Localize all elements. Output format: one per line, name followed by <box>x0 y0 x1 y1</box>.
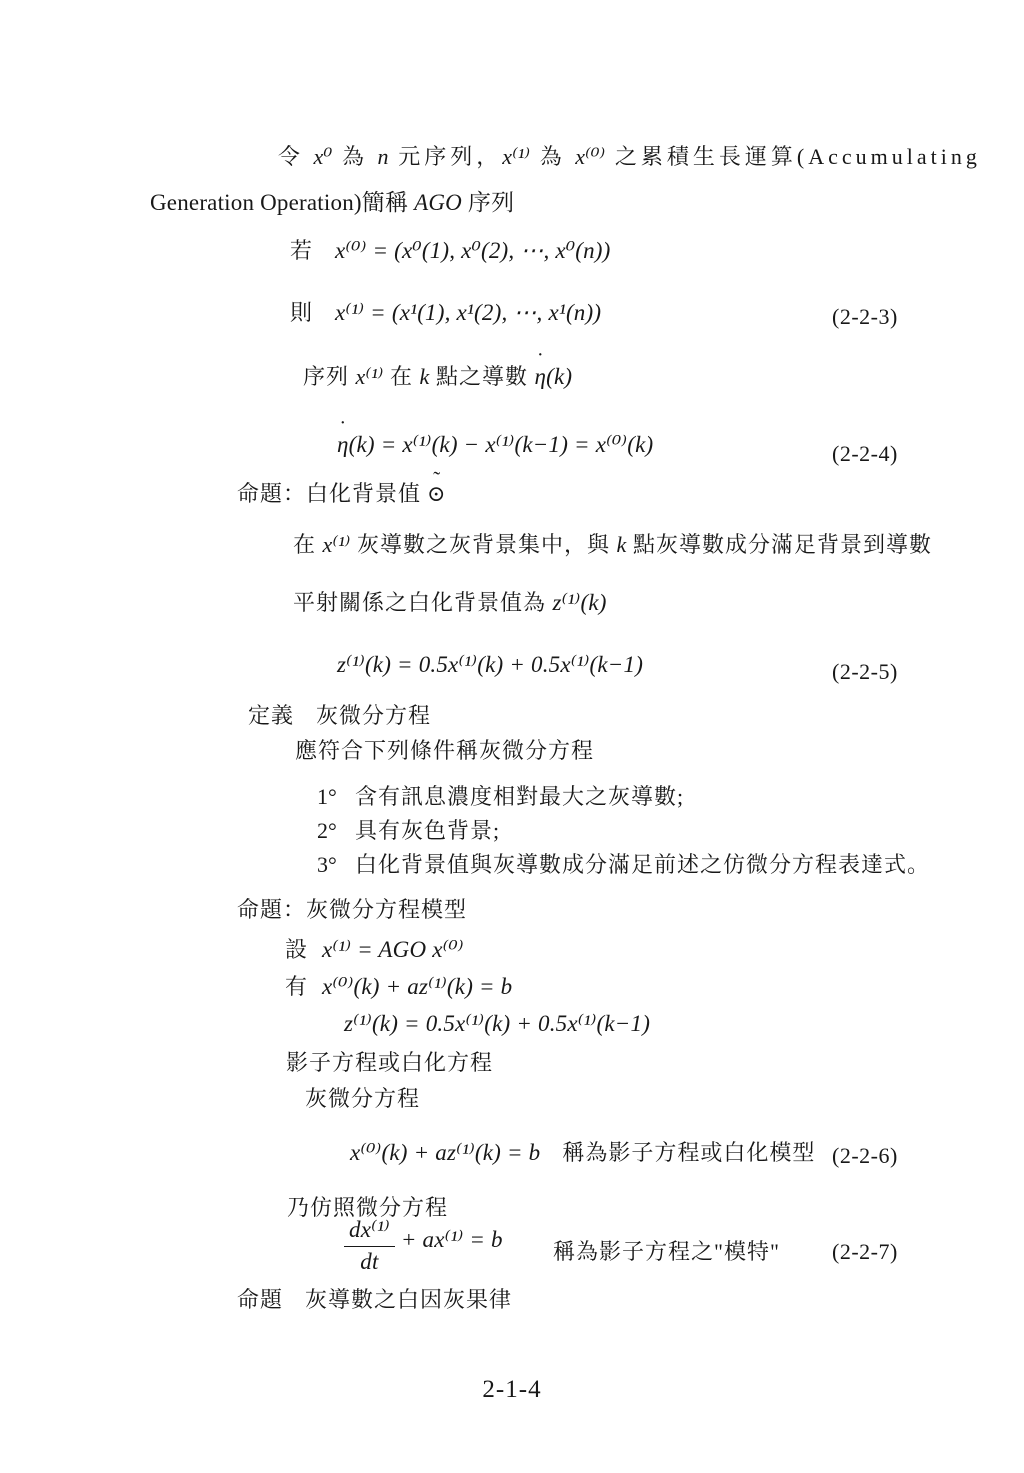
item-text: 白化背景值與灰導數成分滿足前述之仿微分方程表達式。 <box>355 852 930 877</box>
math-x1: x⁽¹⁾ <box>323 532 351 557</box>
equation-number-2-2-3: (2-2-3) <box>832 303 898 331</box>
definition-title: 灰微分方程 <box>316 703 431 728</box>
background-set-line: 在 x⁽¹⁾ 灰導數之灰背景集中，與 k 點灰導數成分滿足背景到導數 <box>293 531 932 559</box>
eta-with-overdot: ˙η <box>534 363 546 392</box>
formula-eta-k: (k) = x⁽¹⁾(k) − x⁽¹⁾(k−1) = x⁽⁰⁾(k) <box>349 432 654 457</box>
fraction-denominator: dt <box>344 1247 395 1277</box>
equation-grey-derivative: ˙η(k) = x⁽¹⁾(k) − x⁽¹⁾(k−1) = x⁽⁰⁾(k) <box>337 431 653 460</box>
label-proposition: 命題： <box>237 897 306 922</box>
text-run: 序列 <box>303 364 356 389</box>
formula-x1-sequence: x⁽¹⁾ = (x¹(1), x¹(2), ⋯, x¹(n)) <box>335 300 601 325</box>
formula-ago: x⁽¹⁾ = AGO x⁽⁰⁾ <box>322 937 464 962</box>
definition-condition-intro: 應符合下列條件稱灰微分方程 <box>295 737 594 765</box>
eta-with-overdot: ˙η <box>337 431 349 460</box>
equation-shadow-model: x⁽⁰⁾(k) + az⁽¹⁾(k) = b稱為影子方程或白化模型 <box>350 1139 815 1168</box>
text-run: 點之導數 <box>429 364 534 389</box>
text-run: 平射關係之白化背景值為 <box>293 590 553 615</box>
text-run: 為 <box>333 144 378 169</box>
math-k: k <box>617 532 627 557</box>
math-n: n <box>378 144 389 169</box>
formula-grey-model: x⁽⁰⁾(k) + az⁽¹⁾(k) = b <box>322 974 512 999</box>
proposition-title: 灰導數之白因灰果律 <box>305 1287 512 1312</box>
formula-z1: z⁽¹⁾(k) = 0.5x⁽¹⁾(k) + 0.5x⁽¹⁾(k−1) <box>337 652 643 677</box>
circled-dot-symbol-with-tilde: ˜⊙ <box>427 480 446 508</box>
math-x0-paren: x⁽⁰⁾ <box>575 144 605 169</box>
text-run: 令 <box>278 144 314 169</box>
math-z1-k: z⁽¹⁾(k) <box>553 590 607 615</box>
math-of-k: (k) <box>546 364 572 389</box>
label-let: 設 <box>285 937 308 962</box>
page-number: 2-1-4 <box>0 1376 1024 1404</box>
equation-number-2-2-6: (2-2-6) <box>832 1142 898 1170</box>
intro-line-1: 令 x⁰ 為 n 元序列，x⁽¹⁾ 為 x⁽⁰⁾ 之累積生長運算(Accumul… <box>278 143 981 171</box>
label-definition: 定義 <box>248 703 294 728</box>
condition-item-3: 3°白化背景值與灰導數成分滿足前述之仿微分方程表達式。 <box>317 851 930 879</box>
text-run: 灰導數之灰背景集中，與 <box>350 532 616 557</box>
equation-then-sequence: 則x⁽¹⁾ = (x¹(1), x¹(2), ⋯, x¹(n)) <box>290 299 601 328</box>
equation-number-2-2-7: (2-2-7) <box>832 1238 898 1266</box>
proposition-title: 灰微分方程模型 <box>306 897 467 922</box>
intro-line-2: Generation Operation)簡稱 AGO 序列 <box>150 189 514 218</box>
tilde-accent: ˜ <box>427 469 446 490</box>
equation-background-value: z⁽¹⁾(k) = 0.5x⁽¹⁾(k) + 0.5x⁽¹⁾(k−1) <box>337 651 643 680</box>
proposition-white-cause-grey-effect: 命題灰導數之白因灰果律 <box>237 1286 512 1314</box>
model-have-line: 有x⁽⁰⁾(k) + az⁽¹⁾(k) = b <box>285 973 512 1002</box>
document-page: 令 x⁰ 為 n 元序列，x⁽¹⁾ 為 x⁽⁰⁾ 之累積生長運算(Accumul… <box>0 0 1024 1473</box>
overdot-accent: ˙ <box>534 351 546 373</box>
math-ago: AGO <box>414 190 462 215</box>
text-run: 序列 <box>462 190 514 215</box>
label-proposition: 命題 <box>237 1287 283 1312</box>
definition-heading: 定義灰微分方程 <box>248 702 431 730</box>
equation-number-2-2-4: (2-2-4) <box>832 440 898 468</box>
grey-differential-subheading: 灰微分方程 <box>305 1085 420 1113</box>
equation-caption: 稱為影子方程之"模特" <box>553 1238 780 1266</box>
text-run: 元序列， <box>389 144 503 169</box>
text-run: 在 <box>383 364 419 389</box>
item-number-3: 3° <box>317 851 355 879</box>
shadow-equation-heading: 影子方程或白化方程 <box>286 1049 493 1077</box>
text-run: 灰微分方程 <box>305 1086 420 1111</box>
derivative-intro-line: 序列 x⁽¹⁾ 在 k 點之導數 ˙η(k) <box>303 363 572 392</box>
fraction-numerator: dx⁽¹⁾ <box>344 1216 395 1247</box>
overdot-accent: ˙ <box>337 419 349 441</box>
math-k: k <box>420 364 430 389</box>
text-run: 在 <box>293 532 323 557</box>
proposition-model-heading: 命題：灰微分方程模型 <box>237 896 467 924</box>
item-number-1: 1° <box>317 783 355 811</box>
label-have: 有 <box>285 974 308 999</box>
proposition-whitened-background: 命題：白化背景值˜⊙ <box>237 480 446 508</box>
item-text: 具有灰色背景; <box>355 818 500 843</box>
text-run: 之累積生長運算(Accumulating <box>605 144 980 169</box>
heading-text: 命題：白化背景值 <box>237 481 421 506</box>
equation-caption: 稱為影子方程或白化模型 <box>562 1140 815 1165</box>
label-if: 若 <box>290 238 313 263</box>
equation-if-sequence: 若x⁽⁰⁾ = (x⁰(1), x⁰(2), ⋯, x⁰(n)) <box>290 237 611 266</box>
equation-whitened-ode: dx⁽¹⁾dt + ax⁽¹⁾ = b <box>344 1216 503 1277</box>
mapping-relation-line: 平射關係之白化背景值為 z⁽¹⁾(k) <box>293 589 607 618</box>
model-let-line: 設x⁽¹⁾ = AGO x⁽⁰⁾ <box>285 936 464 965</box>
condition-item-1: 1°含有訊息濃度相對最大之灰導數; <box>317 783 684 811</box>
condition-item-2: 2°具有灰色背景; <box>317 817 500 845</box>
text-run: Generation Operation)簡稱 <box>150 190 414 215</box>
label-then: 則 <box>290 300 313 325</box>
formula-z1: z⁽¹⁾(k) = 0.5x⁽¹⁾(k) + 0.5x⁽¹⁾(k−1) <box>344 1011 650 1036</box>
item-number-2: 2° <box>317 817 355 845</box>
text-run: 應符合下列條件稱灰微分方程 <box>295 738 594 763</box>
item-text: 含有訊息濃度相對最大之灰導數; <box>355 784 684 809</box>
text-run: 影子方程或白化方程 <box>286 1050 493 1075</box>
formula-rest: + ax⁽¹⁾ = b <box>395 1227 503 1252</box>
math-x0: x⁰ <box>314 144 333 169</box>
model-z-line: z⁽¹⁾(k) = 0.5x⁽¹⁾(k) + 0.5x⁽¹⁾(k−1) <box>344 1010 650 1039</box>
text-run: 點灰導數成分滿足背景到導數 <box>626 532 932 557</box>
formula-x0-sequence: x⁽⁰⁾ = (x⁰(1), x⁰(2), ⋯, x⁰(n)) <box>335 238 611 263</box>
formula-shadow: x⁽⁰⁾(k) + az⁽¹⁾(k) = b <box>350 1140 540 1165</box>
math-x1: x⁽¹⁾ <box>356 364 384 389</box>
equation-number-2-2-5: (2-2-5) <box>832 658 898 686</box>
text-run: 為 <box>530 144 575 169</box>
fraction-dx-dt: dx⁽¹⁾dt <box>344 1216 395 1277</box>
math-x1: x⁽¹⁾ <box>502 144 530 169</box>
